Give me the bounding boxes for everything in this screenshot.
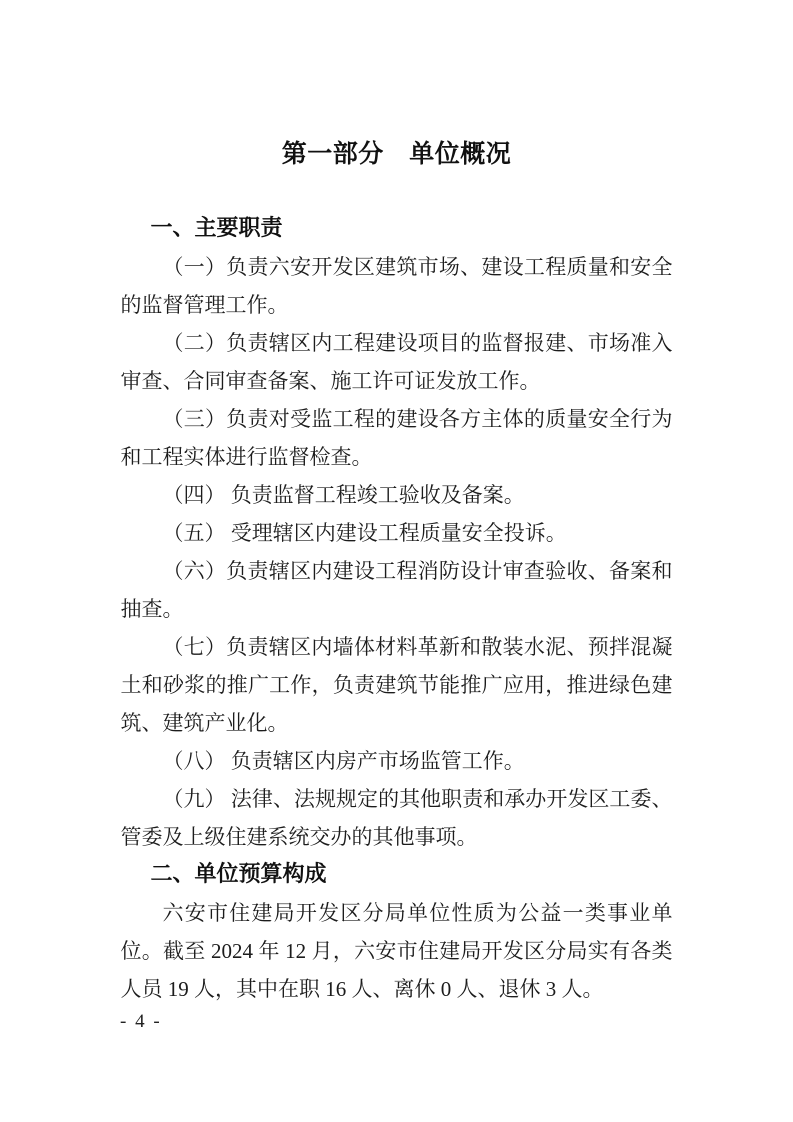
section-heading-responsibilities: 一、主要职责 xyxy=(121,210,673,248)
paragraph: （四） 负责监督工程竣工验收及备案。 xyxy=(121,476,673,514)
section-heading-budget-composition: 二、单位预算构成 xyxy=(121,856,673,894)
paragraph: （六）负责辖区内建设工程消防设计审查验收、备案和抽查。 xyxy=(121,552,673,628)
page-number: - 4 - xyxy=(120,1010,162,1034)
paragraph: （二）负责辖区内工程建设项目的监督报建、市场准入审查、合同审查备案、施工许可证发… xyxy=(121,324,673,400)
document-body: 一、主要职责 （一）负责六安开发区建筑市场、建设工程质量和安全的监督管理工作。 … xyxy=(121,210,673,1008)
paragraph: （八） 负责辖区内房产市场监管工作。 xyxy=(121,742,673,780)
document-page: 第一部分 单位概况 一、主要职责 （一）负责六安开发区建筑市场、建设工程质量和安… xyxy=(0,0,793,1122)
paragraph: （一）负责六安开发区建筑市场、建设工程质量和安全的监督管理工作。 xyxy=(121,248,673,324)
paragraph: （七）负责辖区内墙体材料革新和散装水泥、预拌混凝土和砂浆的推广工作，负责建筑节能… xyxy=(121,628,673,742)
document-title: 第一部分 单位概况 xyxy=(0,0,793,172)
paragraph: （五） 受理辖区内建设工程质量安全投诉。 xyxy=(121,514,673,552)
paragraph: 六安市住建局开发区分局单位性质为公益一类事业单位。截至 2024 年 12 月，… xyxy=(121,894,673,1008)
paragraph: （九） 法律、法规规定的其他职责和承办开发区工委、管委及上级住建系统交办的其他事… xyxy=(121,780,673,856)
paragraph: （三）负责对受监工程的建设各方主体的质量安全行为和工程实体进行监督检查。 xyxy=(121,400,673,476)
